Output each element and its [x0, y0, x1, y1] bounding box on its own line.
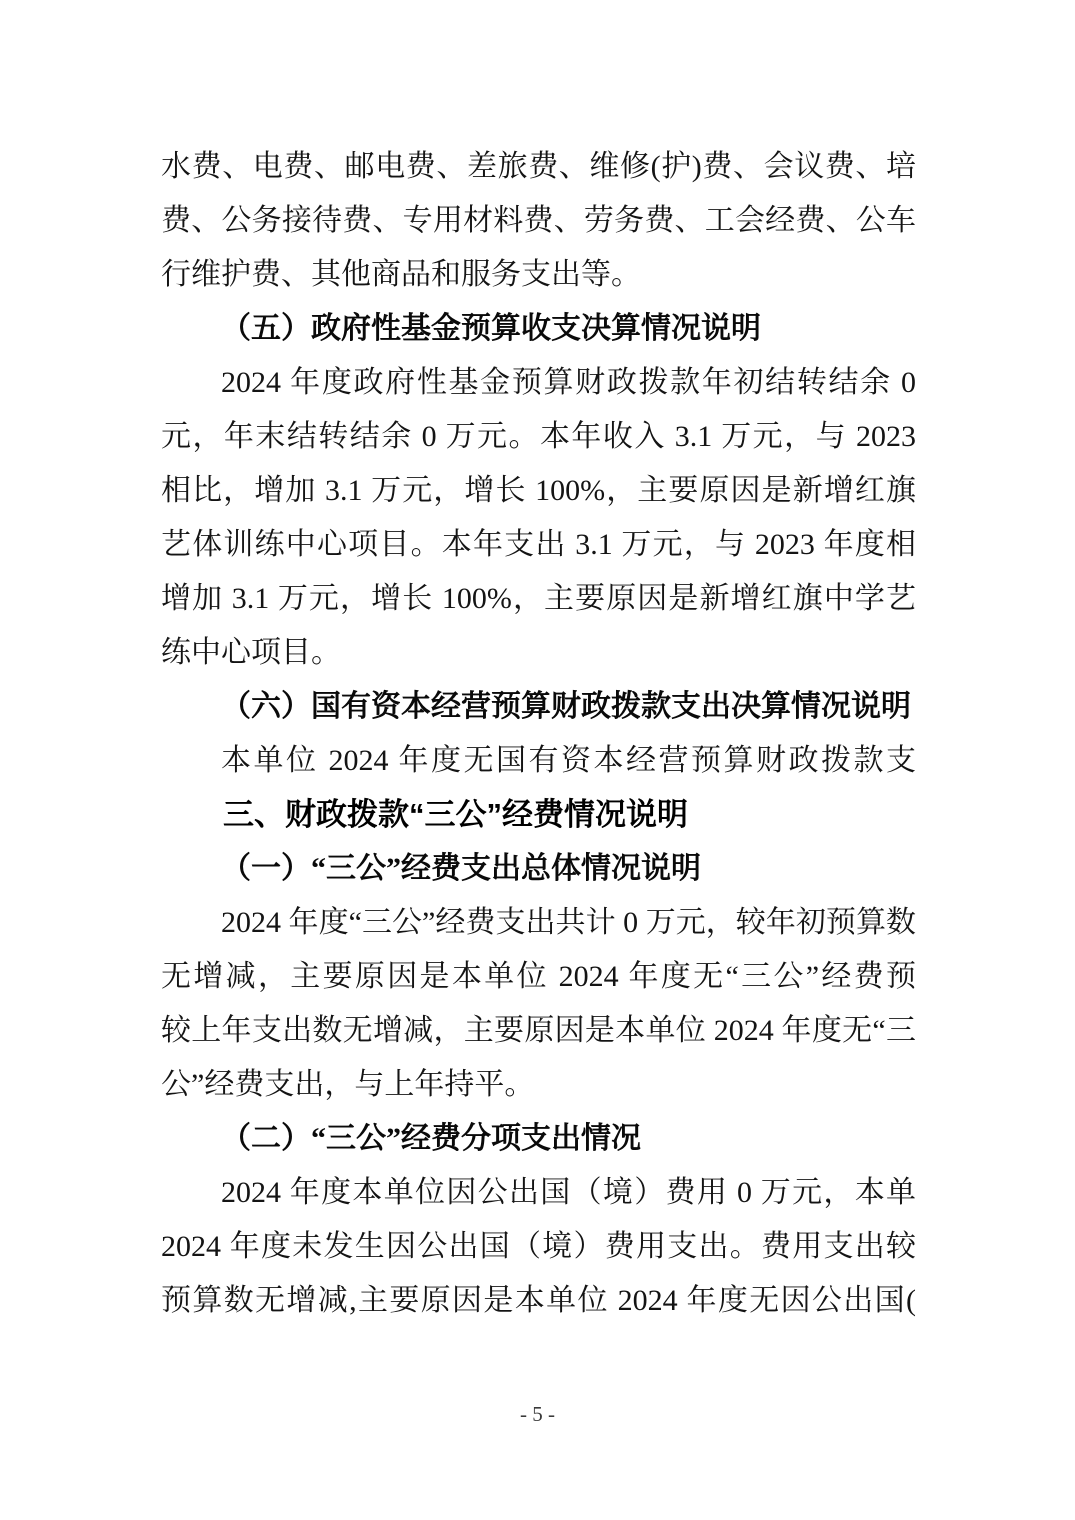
- page-number: - 5 -: [0, 1401, 1075, 1427]
- heading-line: （一）“三公”经费支出总体情况说明: [161, 842, 916, 896]
- heading-line: （五）政府性基金预算收支决算情况说明: [161, 302, 916, 356]
- text-line: 公”经费支出，与上年持平。: [161, 1058, 916, 1112]
- text-line: 艺体训练中心项目。本年支出 3.1 万元，与 2023 年度相比，: [161, 518, 916, 572]
- body-paragraph: 2024 年度本单位因公出国（境）费用 0 万元，本单位2024 年度未发生因公…: [161, 1166, 916, 1328]
- heading-line: 三、财政拨款“三公”经费情况说明: [161, 788, 916, 842]
- text-line: 练中心项目。: [161, 626, 916, 680]
- body-paragraph: 水费、电费、邮电费、差旅费、维修(护)费、会议费、培训费、公务接待费、专用材料费…: [161, 140, 916, 302]
- text-line: 预算数无增减,主要原因是本单位 2024 年度无因公出国( 境 ): [161, 1274, 916, 1328]
- document-page: 水费、电费、邮电费、差旅费、维修(护)费、会议费、培训费、公务接待费、专用材料费…: [0, 0, 1075, 1520]
- heading-line: （六）国有资本经营预算财政拨款支出决算情况说明: [161, 680, 916, 734]
- text-line: 无增减，主要原因是本单位 2024 年度无“三公”经费预算。: [161, 950, 916, 1004]
- body-paragraph: 本单位 2024 年度无国有资本经营预算财政拨款支出。: [161, 734, 916, 788]
- section-heading-level1: 三、财政拨款“三公”经费情况说明: [161, 788, 916, 842]
- section-heading-level2: （二）“三公”经费分项支出情况: [161, 1112, 916, 1166]
- heading-line: （二）“三公”经费分项支出情况: [161, 1112, 916, 1166]
- text-line: 费、公务接待费、专用材料费、劳务费、工会经费、公车运: [161, 194, 916, 248]
- text-line: 2024 年度本单位因公出国（境）费用 0 万元，本单位: [161, 1166, 916, 1220]
- body-paragraph: 2024 年度政府性基金预算财政拨款年初结转结余 0 万元，年末结转结余 0 万…: [161, 356, 916, 680]
- text-line: 元，年末结转结余 0 万元。本年收入 3.1 万元，与 2023 年度: [161, 410, 916, 464]
- section-heading-level2: （六）国有资本经营预算财政拨款支出决算情况说明: [161, 680, 916, 734]
- document-body: 水费、电费、邮电费、差旅费、维修(护)费、会议费、培训费、公务接待费、专用材料费…: [161, 140, 916, 1328]
- text-line: 2024 年度未发生因公出国（境）费用支出。费用支出较年初: [161, 1220, 916, 1274]
- text-line: 水费、电费、邮电费、差旅费、维修(护)费、会议费、培训: [161, 140, 916, 194]
- text-line: 增加 3.1 万元，增长 100%，主要原因是新增红旗中学艺体训: [161, 572, 916, 626]
- text-line: 2024 年度政府性基金预算财政拨款年初结转结余 0 万: [161, 356, 916, 410]
- section-heading-level2: （一）“三公”经费支出总体情况说明: [161, 842, 916, 896]
- text-line: 较上年支出数无增减，主要原因是本单位 2024 年度无“三: [161, 1004, 916, 1058]
- section-heading-level2: （五）政府性基金预算收支决算情况说明: [161, 302, 916, 356]
- text-line: 行维护费、其他商品和服务支出等。: [161, 248, 916, 302]
- body-paragraph: 2024 年度“三公”经费支出共计 0 万元，较年初预算数无增减，主要原因是本单…: [161, 896, 916, 1112]
- text-line: 2024 年度“三公”经费支出共计 0 万元，较年初预算数: [161, 896, 916, 950]
- text-line: 本单位 2024 年度无国有资本经营预算财政拨款支出。: [161, 734, 916, 788]
- text-line: 相比，增加 3.1 万元，增长 100%，主要原因是新增红旗中学: [161, 464, 916, 518]
